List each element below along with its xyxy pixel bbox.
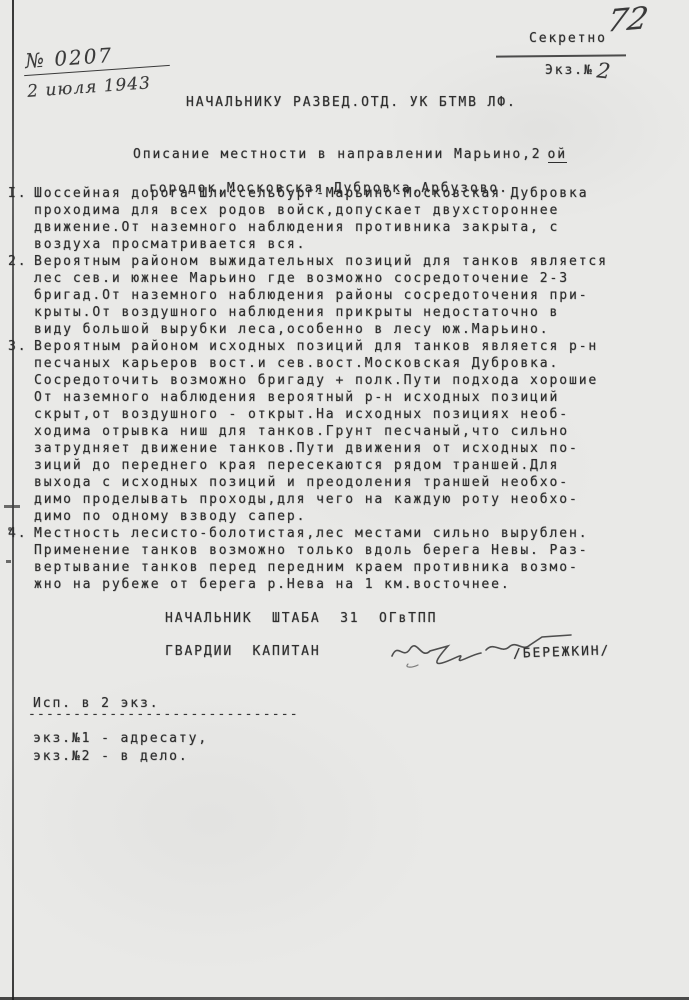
paragraph-text: Шоссейная дорога Шлиссельбург-Марьино-Мо… [34,185,685,253]
signature-rank-line: ГВАРДИИ КАПИТАН [165,643,321,660]
footer-dashed-divider: ------------------------------ [28,707,299,722]
subject-text: Описание местности в направлении Марьино… [133,147,542,162]
paragraph-number: 2. [8,253,34,270]
signature-typed-name: /БЕРЕЖКИН/ [513,642,611,662]
scanned-document-page: № 0207 2 июля 1943 72 Секретно Экз.№ 2 Н… [0,0,689,1000]
registration-stamp: № 0207 2 июля 1943 [22,39,171,102]
copy-number-row: Экз.№ 2 [545,62,610,80]
paragraph-number: 3. [8,338,34,355]
paragraph-number: 4. [8,525,34,542]
paragraph-4: 4. Местность лесисто-болотистая,лес мест… [8,525,685,593]
copy-2-distribution: экз.№2 - в дело. [33,748,189,765]
copy-number-handwritten: 2 [596,61,611,80]
document-body: I. Шоссейная дорога Шлиссельбург-Марьино… [8,185,685,593]
paragraph-number: I. [8,185,34,202]
paragraph-text: Вероятным районом выжидательных позиций … [34,253,685,338]
copy-label: Экз.№ [545,62,594,79]
paragraph-3: 3. Вероятным районом исходных позиций дл… [8,338,685,525]
paragraph-text: Местность лесисто-болотистая,лес местами… [34,525,685,593]
page-number: 72 [605,0,651,39]
paragraph-1: I. Шоссейная дорога Шлиссельбург-Марьино… [8,185,685,253]
classification-underline [496,54,626,57]
subject-line-1: Описание местности в направлении Марьино… [133,146,567,163]
paragraph-text: Вероятным районом исходных позиций для т… [34,338,685,525]
classification-label: Секретно [529,30,607,47]
copy-1-distribution: экз.№1 - адресату, [33,730,208,747]
document-title: НАЧАЛЬНИКУ РАЗВЕД.ОТД. УК БТМВ ЛФ. [186,94,517,111]
paragraph-2: 2. Вероятным районом выжидательных позиц… [8,253,685,338]
subject-underlined-text: ой [548,147,567,163]
